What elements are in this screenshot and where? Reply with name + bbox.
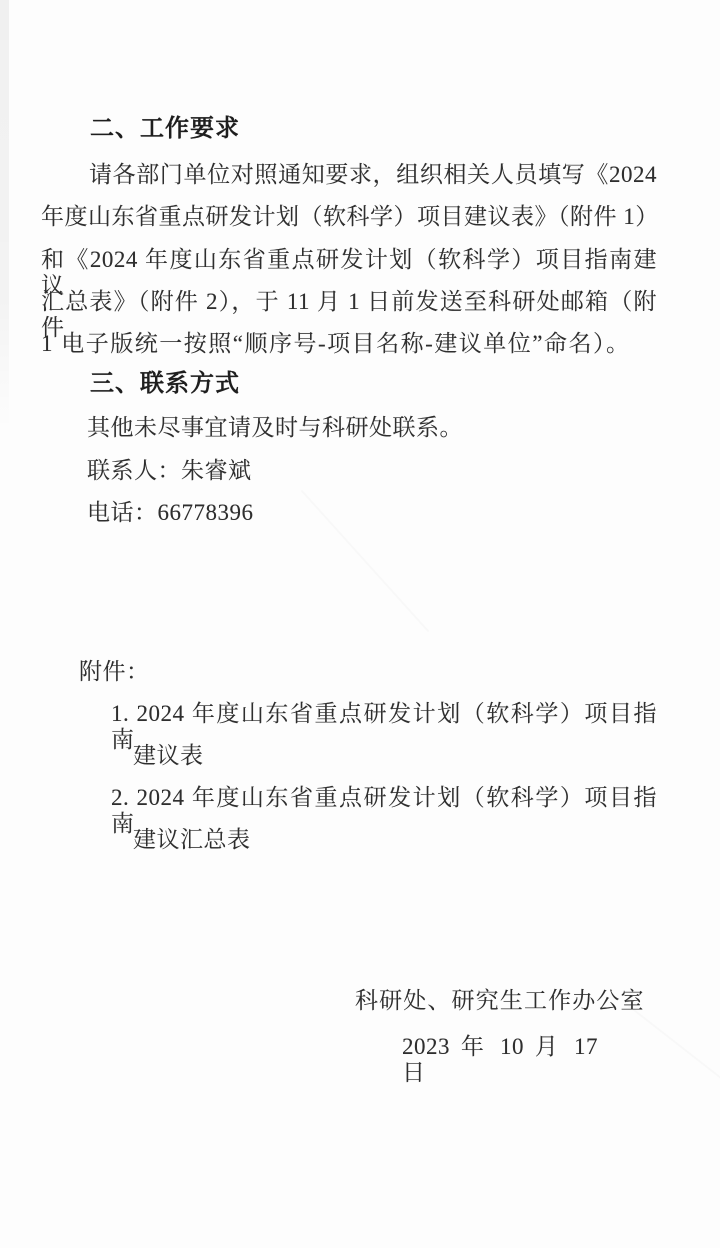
attachment-item-2-line-2: 建议汇总表 bbox=[133, 827, 251, 853]
paragraph-line: 年度山东省重点研发计划（软科学）项目建议表》（附件 1） bbox=[41, 204, 657, 230]
attachments-label: 附件： bbox=[79, 659, 150, 685]
scan-edge-artifact bbox=[0, 0, 9, 430]
contact-person-line: 联系人：朱睿斌 bbox=[87, 458, 252, 484]
paper-crease-artifact bbox=[301, 490, 430, 633]
signature-org: 科研处、研究生工作办公室 bbox=[355, 988, 644, 1014]
signature-date: 2023 年 10 月 17 日 bbox=[402, 1034, 598, 1086]
section-2-heading: 二、工作要求 bbox=[90, 116, 240, 142]
scanned-notice-page: 二、工作要求 请各部门单位对照通知要求，组织相关人员填写《2024 年度山东省重… bbox=[0, 0, 720, 1248]
attachment-item-1-line-2: 建议表 bbox=[133, 743, 204, 769]
contact-note-line: 其他未尽事宜请及时与科研处联系。 bbox=[87, 415, 463, 441]
paragraph-line: 请各部门单位对照通知要求，组织相关人员填写《2024 bbox=[89, 162, 657, 188]
section-3-heading: 三、联系方式 bbox=[90, 371, 240, 397]
paper-crease-artifact bbox=[628, 1005, 720, 1087]
paragraph-line: 1 电子版统一按照“顺序号-项目名称-建议单位”命名）。 bbox=[41, 331, 631, 357]
contact-phone-line: 电话：66778396 bbox=[87, 500, 254, 526]
